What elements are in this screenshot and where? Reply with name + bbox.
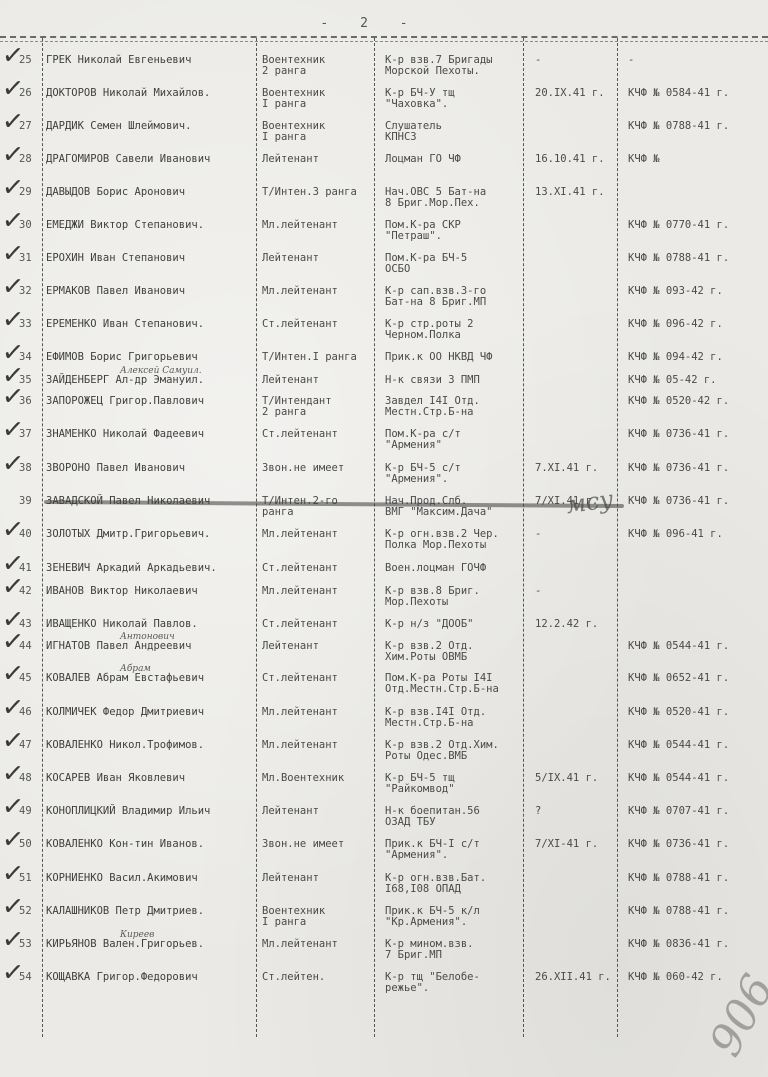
military-rank: Мл.лейтенант (262, 286, 372, 297)
military-rank: Воентехник I ранга (262, 906, 372, 928)
position: Воен.лоцман ГОЧФ (385, 563, 525, 574)
date: - (535, 586, 615, 597)
person-name: КОЛМИЧЕК Федор Дмитриевич (46, 707, 256, 718)
row-number: 53 (19, 939, 41, 950)
order-reference: КЧФ № 0520-42 г. (628, 396, 763, 407)
military-rank: Лейтенант (262, 641, 372, 652)
military-rank: Воентехник I ранга (262, 121, 372, 143)
date: 5/IX.41 г. (535, 773, 615, 784)
row-number: 33 (19, 319, 41, 330)
row-number: 46 (19, 707, 41, 718)
order-reference: КЧФ № 0707-41 г. (628, 806, 763, 817)
table-row: ✓ 47 КОВАЛЕНКО Никол.Трофимов. Мл.лейтен… (0, 740, 768, 772)
table-row: ✓ 49 КОНОПЛИЦКИЙ Владимир Ильич Лейтенан… (0, 806, 768, 838)
person-name: ЗОЛОТЫХ Дмитр.Григорьевич. (46, 529, 256, 540)
row-number: 54 (19, 972, 41, 983)
military-rank: Т/Интен.I ранга (262, 352, 372, 363)
military-rank: Лейтенант (262, 873, 372, 884)
position: Пом.К-ра с/т "Армения" (385, 429, 525, 451)
row-number: 48 (19, 773, 41, 784)
order-reference: КЧФ № 0652-41 г. (628, 673, 763, 684)
row-number: 52 (19, 906, 41, 917)
position: К-р н/з "ДООБ" (385, 619, 525, 630)
table-row: ✓ 27 ДАРДИК Семен Шлеймович. Воентехник … (0, 121, 768, 153)
person-name: ДРАГОМИРОВ Савели Иванович (46, 154, 256, 165)
header-divider (0, 36, 768, 42)
person-name: ГРЕК Николай Евгеньевич (46, 55, 256, 66)
row-number: 29 (19, 187, 41, 198)
position: К-р сап.взв.3-го Бат-на 8 Бриг.МП (385, 286, 525, 308)
order-reference: КЧФ № 0736-41 г. (628, 429, 763, 440)
order-reference: КЧФ № 0544-41 г. (628, 641, 763, 652)
handwritten-note: Алексей Самуил. (120, 366, 202, 377)
position: К-р взв.7 Бригады Морской Пехоты. (385, 55, 525, 77)
handwritten-note: Абрам (120, 664, 151, 675)
person-name: ЕРМАКОВ Павел Иванович (46, 286, 256, 297)
table-row: ✓ 33 ЕРЕМЕНКО Иван Степанович. Ст.лейтен… (0, 319, 768, 351)
row-number: 36 (19, 396, 41, 407)
order-reference: КЧФ № 0584-41 г. (628, 88, 763, 99)
table-row: ✓ 45 КОВАЛЕВ Абрам Евстафьевич Ст.лейтен… (0, 673, 768, 705)
table-row: ✓ 51 КОРНИЕНКО Васил.Акимович Лейтенант … (0, 873, 768, 905)
position: К-р БЧ-5 с/т "Армения". (385, 463, 525, 485)
position: К-р мином.взв. 7 Бриг.МП (385, 939, 525, 961)
table-row: ✓ 42 ИВАНОВ Виктор Николаевич Мл.лейтена… (0, 586, 768, 618)
table-row: ✓ 48 КОСАРЕВ Иван Яковлевич Мл.Воентехни… (0, 773, 768, 805)
person-name: ИВАЩЕНКО Николай Павлов. (46, 619, 256, 630)
table-row: ✓ 54 КОЩАВКА Григор.Федорович Ст.лейтен.… (0, 972, 768, 1004)
row-number: 38 (19, 463, 41, 474)
military-rank: Ст.лейтенант (262, 673, 372, 684)
position: Завдел I4I Отд. Местн.Стр.Б-на (385, 396, 525, 418)
military-rank: Мл.лейтенант (262, 529, 372, 540)
order-reference: КЧФ № 0836-41 г. (628, 939, 763, 950)
order-reference: КЧФ № 093-42 г. (628, 286, 763, 297)
person-name: КОРНИЕНКО Васил.Акимович (46, 873, 256, 884)
order-reference: КЧФ № 05-42 г. (628, 375, 763, 386)
military-rank: Мл.Воентехник (262, 773, 372, 784)
person-name: ЗНАМЕНКО Николай Фадеевич (46, 429, 256, 440)
military-rank: Мл.лейтенант (262, 707, 372, 718)
row-number: 40 (19, 529, 41, 540)
position: К-р БЧ-5 тщ "Райкомвод" (385, 773, 525, 795)
row-number: 37 (19, 429, 41, 440)
table-row: ✓ 26 ДОКТОРОВ Николай Михайлов. Воентехн… (0, 88, 768, 120)
row-number: 42 (19, 586, 41, 597)
position: Прик.к БЧ-I с/т "Армения". (385, 839, 525, 861)
date: 7.XI.41 г. (535, 463, 615, 474)
person-name: ЗВОРОНО Павел Иванович (46, 463, 256, 474)
person-name: КОЩАВКА Григор.Федорович (46, 972, 256, 983)
person-name: ИВАНОВ Виктор Николаевич (46, 586, 256, 597)
person-name: ЕМЕДЖИ Виктор Степанович. (46, 220, 256, 231)
person-name: ЕФИМОВ Борис Григорьевич (46, 352, 256, 363)
military-rank: Лейтенант (262, 375, 372, 386)
date: 12.2.42 г. (535, 619, 615, 630)
position: Н-к связи 3 ПМП (385, 375, 525, 386)
order-reference: КЧФ № 096-41 г. (628, 529, 763, 540)
table-row: ✓ 30 ЕМЕДЖИ Виктор Степанович. Мл.лейтен… (0, 220, 768, 252)
order-reference: КЧФ № 0770-41 г. (628, 220, 763, 231)
order-reference: КЧФ № 096-42 г. (628, 319, 763, 330)
table-row: ✓ 31 ЕРОХИН Иван Степанович Лейтенант По… (0, 253, 768, 285)
person-name: ДАРДИК Семен Шлеймович. (46, 121, 256, 132)
table-row: ✓ 32 ЕРМАКОВ Павел Иванович Мл.лейтенант… (0, 286, 768, 318)
table-row: ✓ 40 ЗОЛОТЫХ Дмитр.Григорьевич. Мл.лейте… (0, 529, 768, 561)
position: Лоцман ГО ЧФ (385, 154, 525, 165)
row-number: 47 (19, 740, 41, 751)
table-row: ✓ 29 ДАВЫДОВ Борис Аронович Т/Интен.3 ра… (0, 187, 768, 219)
order-reference: КЧФ № 0736-41 г. (628, 496, 763, 507)
row-number: 28 (19, 154, 41, 165)
military-rank: Лейтенант (262, 806, 372, 817)
position: Н-к боепитан.56 ОЗАД ТБУ (385, 806, 525, 828)
military-rank: Т/Интен.2-го ранга (262, 496, 372, 518)
row-number: 49 (19, 806, 41, 817)
position: Прик.к БЧ-5 к/л "Кр.Армения". (385, 906, 525, 928)
military-rank: Ст.лейтенант (262, 563, 372, 574)
table-row: ✓ 44 ИГНАТОВ Павел Андреевич Лейтенант К… (0, 641, 768, 673)
table-row: ✓ 52 КАЛАШНИКОВ Петр Дмитриев. Воентехни… (0, 906, 768, 938)
row-number: 25 (19, 55, 41, 66)
order-reference: КЧФ № 0788-41 г. (628, 253, 763, 264)
order-reference: КЧФ № 0520-41 г. (628, 707, 763, 718)
handwritten-note: Киреев (120, 930, 154, 941)
position: К-р огн.взв.2 Чер. Полка Мор.Пехоты (385, 529, 525, 551)
military-rank: Лейтенант (262, 253, 372, 264)
table-row: ✓ 38 ЗВОРОНО Павел Иванович Звон.не имее… (0, 463, 768, 495)
table-row: ✓ 53 КИРЬЯНОВ Вален.Григорьев. Мл.лейтен… (0, 939, 768, 971)
person-name: ЗЕНЕВИЧ Аркадий Аркадьевич. (46, 563, 256, 574)
date: - (535, 529, 615, 540)
table-row: ✓ 37 ЗНАМЕНКО Николай Фадеевич Ст.лейтен… (0, 429, 768, 461)
position: К-р тщ "Белобе- режье". (385, 972, 525, 994)
table-row: 39 ЗАВАДСКОЙ Павел Николаевич Т/Интен.2-… (0, 496, 768, 528)
row-number: 50 (19, 839, 41, 850)
order-reference: КЧФ № 0788-41 г. (628, 121, 763, 132)
order-reference: КЧФ № 0788-41 г. (628, 873, 763, 884)
position: К-р взв.2 Отд.Хим. Роты Одес.ВМБ (385, 740, 525, 762)
table-row: ✓ 25 ГРЕК Николай Евгеньевич Воентехник … (0, 55, 768, 87)
order-reference: КЧФ № 0788-41 г. (628, 906, 763, 917)
military-rank: Воентехник 2 ранга (262, 55, 372, 77)
table-row: ✓ 28 ДРАГОМИРОВ Савели Иванович Лейтенан… (0, 154, 768, 186)
military-rank: Мл.лейтенант (262, 939, 372, 950)
table-row: ✓ 36 ЗАПОРОЖЕЦ Григор.Павлович Т/Интенда… (0, 396, 768, 428)
date: 7/XI-41 г. (535, 839, 615, 850)
military-rank: Лейтенант (262, 154, 372, 165)
military-rank: Мл.лейтенант (262, 740, 372, 751)
military-rank: Т/Интен.3 ранга (262, 187, 372, 198)
military-rank: Т/Интендант 2 ранга (262, 396, 372, 418)
row-number: 30 (19, 220, 41, 231)
position: К-р огн.взв.Бат. I68,I08 ОПАД (385, 873, 525, 895)
order-reference: КЧФ № 0736-41 г. (628, 463, 763, 474)
military-rank: Ст.лейтенант (262, 619, 372, 630)
military-rank: Ст.лейтен. (262, 972, 372, 983)
order-reference: КЧФ № 094-42 г. (628, 352, 763, 363)
date: ? (535, 806, 615, 817)
person-name: КОВАЛЕВ Абрам Евстафьевич (46, 673, 256, 684)
date: 16.10.41 г. (535, 154, 615, 165)
military-rank: Мл.лейтенант (262, 220, 372, 231)
row-number: 39 (19, 496, 41, 507)
row-number: 26 (19, 88, 41, 99)
position: Прик.к ОО НКВД ЧФ (385, 352, 525, 363)
person-name: ЗАПОРОЖЕЦ Григор.Павлович (46, 396, 256, 407)
military-rank: Звон.не имеет (262, 463, 372, 474)
order-reference: КЧФ № 0736-41 г. (628, 839, 763, 850)
person-name: КАЛАШНИКОВ Петр Дмитриев. (46, 906, 256, 917)
table-row: ✓ 50 КОВАЛЕНКО Кон-тин Иванов. Звон.не и… (0, 839, 768, 871)
date: 13.XI.41 г. (535, 187, 615, 198)
date: 20.IX.41 г. (535, 88, 615, 99)
person-name: ДАВЫДОВ Борис Аронович (46, 187, 256, 198)
position: Пом.К-ра БЧ-5 ОСБО (385, 253, 525, 275)
position: Пом.К-ра СКР "Петраш". (385, 220, 525, 242)
document-page: - 2 - ✓ 25 ГРЕК Николай Евгеньевич Воент… (0, 0, 768, 1077)
military-rank: Ст.лейтенант (262, 319, 372, 330)
row-number: 45 (19, 673, 41, 684)
position: Слушатель КПНСЗ (385, 121, 525, 143)
military-rank: Воентехник I ранга (262, 88, 372, 110)
table-row: ✓ 46 КОЛМИЧЕК Федор Дмитриевич Мл.лейтен… (0, 707, 768, 739)
date: - (535, 55, 615, 66)
person-name: КОСАРЕВ Иван Яковлевич (46, 773, 256, 784)
person-name: ЕРОХИН Иван Степанович (46, 253, 256, 264)
order-reference: КЧФ № (628, 154, 763, 165)
row-number: 44 (19, 641, 41, 652)
military-rank: Ст.лейтенант (262, 429, 372, 440)
order-reference: КЧФ № 0544-41 г. (628, 773, 763, 784)
row-number: 51 (19, 873, 41, 884)
person-name: КОВАЛЕНКО Никол.Трофимов. (46, 740, 256, 751)
date: 26.XII.41 г. (535, 972, 615, 983)
military-rank: Звон.не имеет (262, 839, 372, 850)
position: К-р взв.2 Отд. Хим.Роты ОВМБ (385, 641, 525, 663)
person-name: ДОКТОРОВ Николай Михайлов. (46, 88, 256, 99)
person-name: ЕРЕМЕНКО Иван Степанович. (46, 319, 256, 330)
position: Пом.К-ра Роты I4I Отд.Местн.Стр.Б-на (385, 673, 525, 695)
page-number: - 2 - (320, 16, 420, 31)
position: Нач.ОВС 5 Бат-на 8 Бриг.Мор.Пех. (385, 187, 525, 209)
row-number: 31 (19, 253, 41, 264)
order-reference: - (628, 55, 763, 66)
order-reference: КЧФ № 0544-41 г. (628, 740, 763, 751)
position: К-р БЧ-У тщ "Чаховка". (385, 88, 525, 110)
position: К-р взв.I4I Отд. Местн.Стр.Б-на (385, 707, 525, 729)
person-name: КОНОПЛИЦКИЙ Владимир Ильич (46, 806, 256, 817)
position: К-р взв.8 Бриг. Мор.Пехоты (385, 586, 525, 608)
military-rank: Мл.лейтенант (262, 586, 372, 597)
row-number: 27 (19, 121, 41, 132)
person-name: КОВАЛЕНКО Кон-тин Иванов. (46, 839, 256, 850)
handwritten-note: Антонович (120, 632, 175, 643)
position: К-р стр.роты 2 Черном.Полка (385, 319, 525, 341)
row-number: 32 (19, 286, 41, 297)
